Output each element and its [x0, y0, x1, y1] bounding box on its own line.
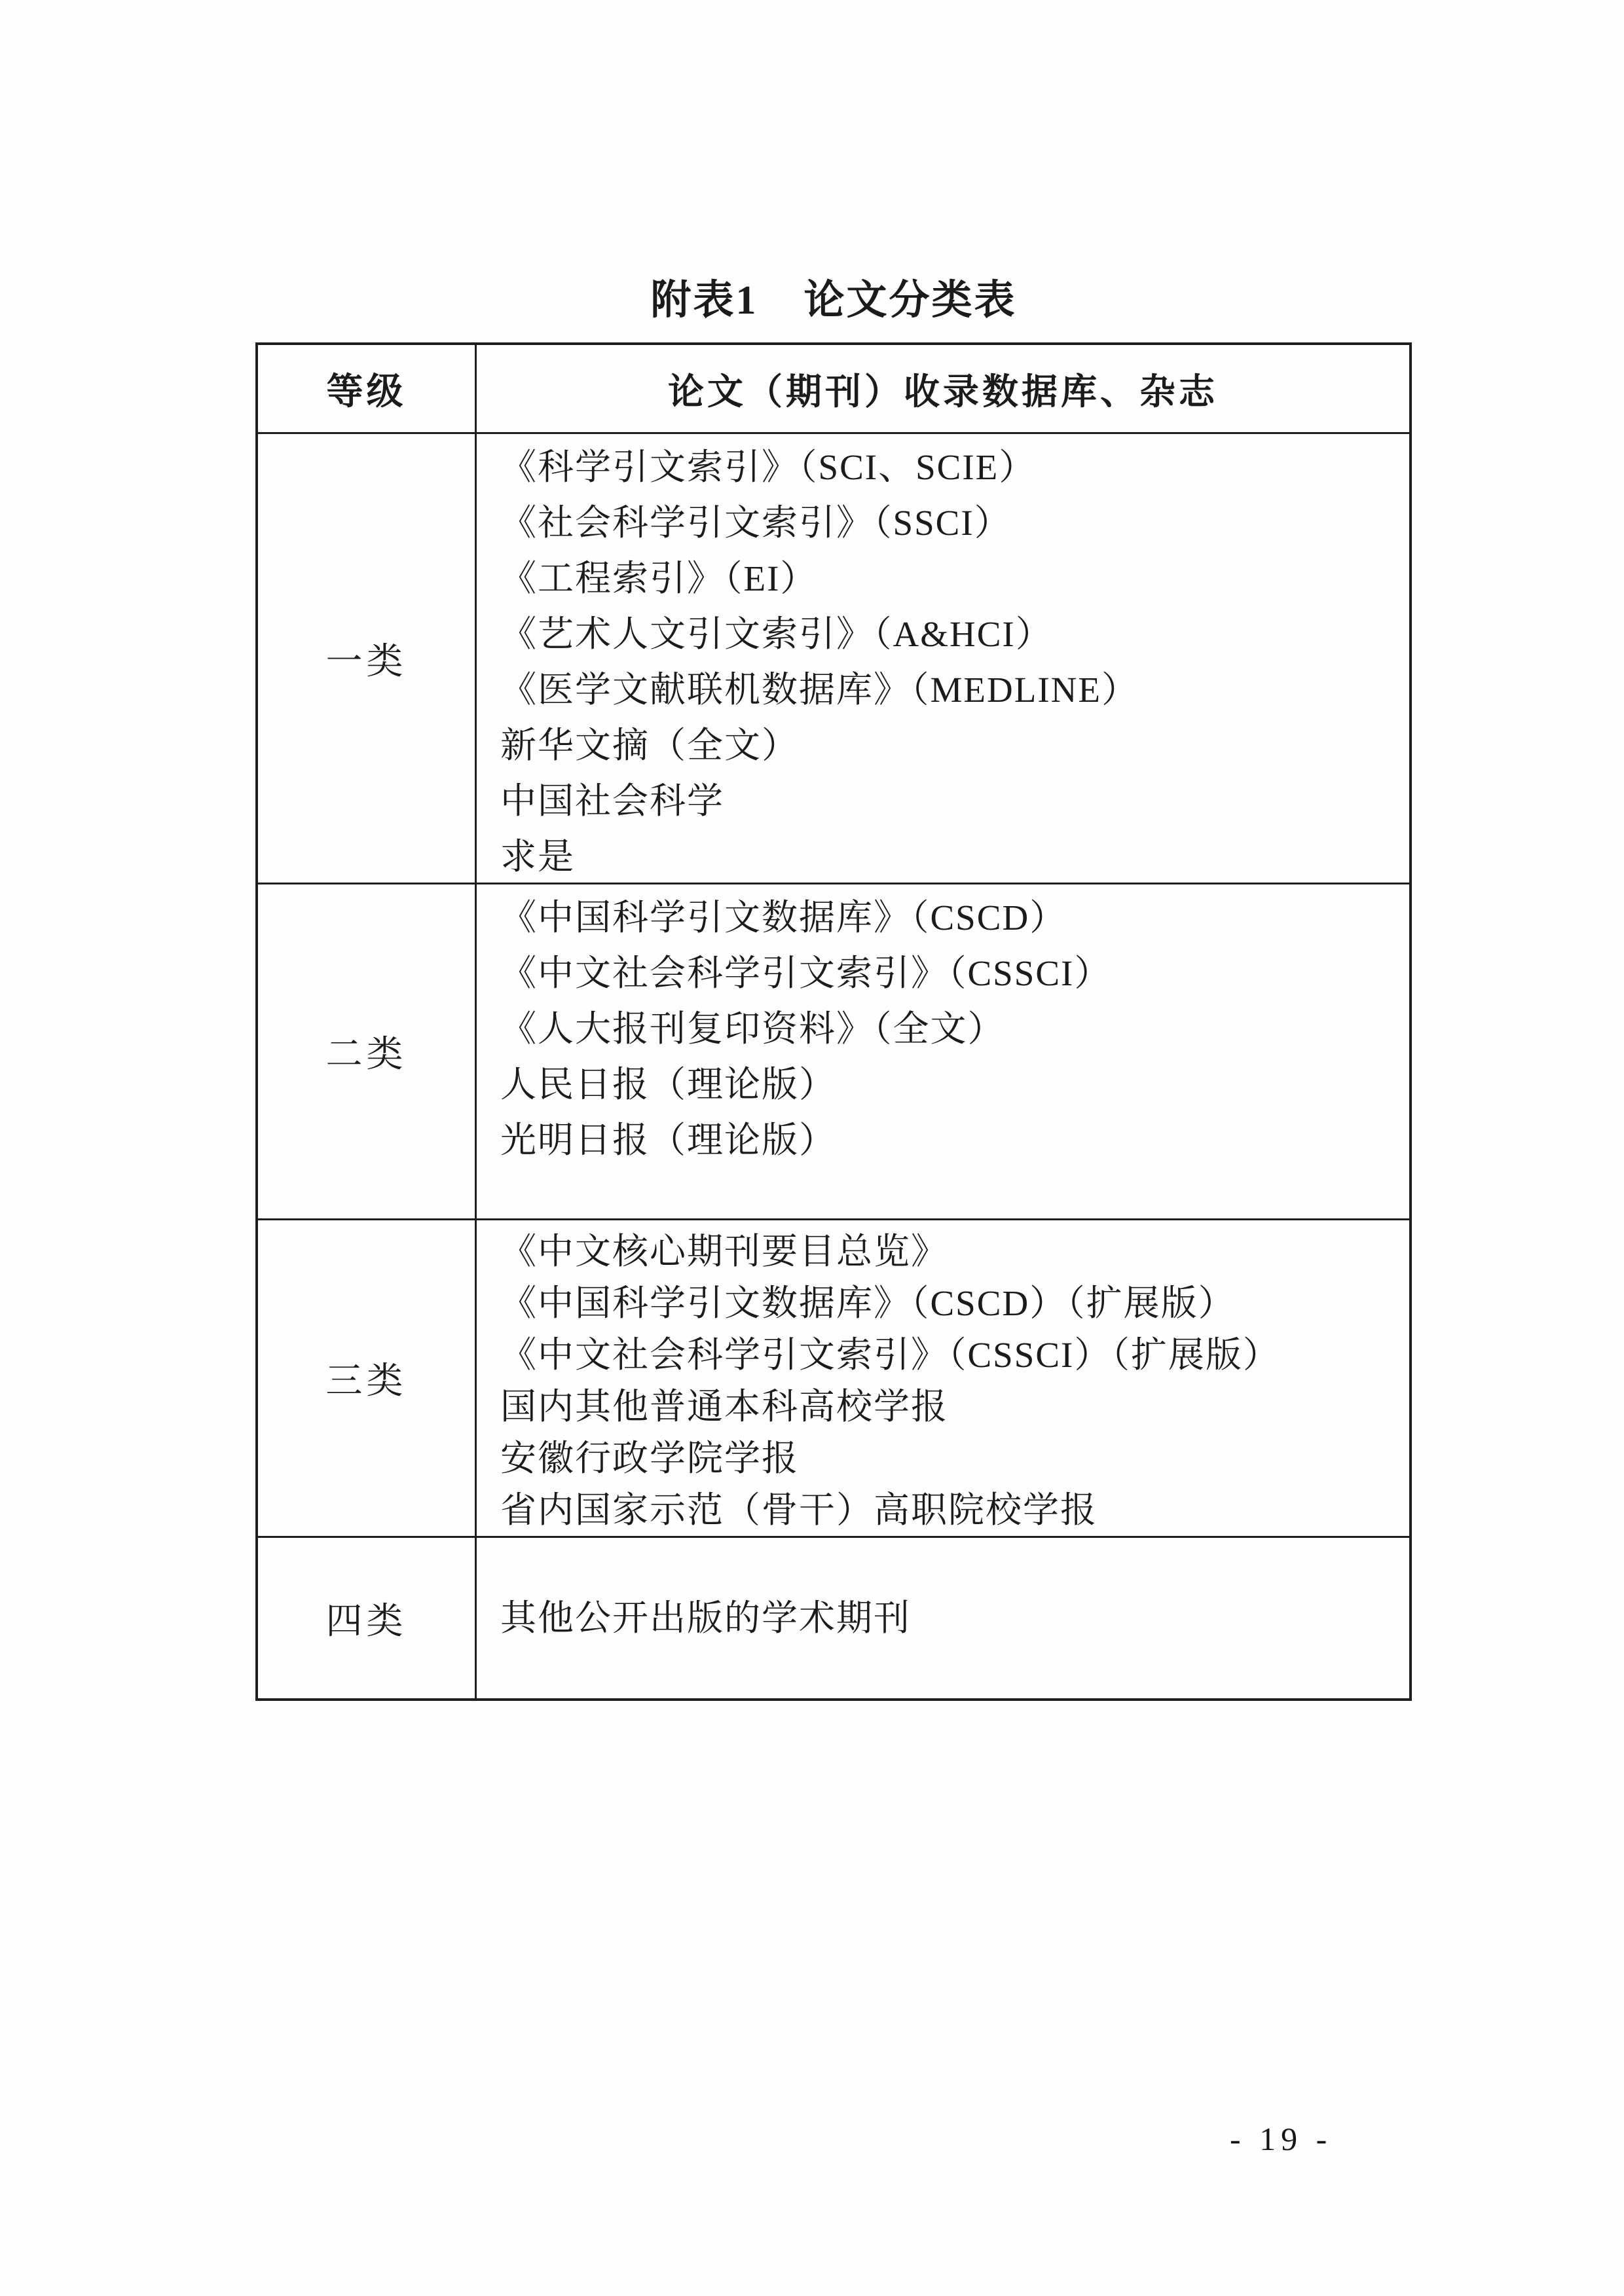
journal-list-item: 省内国家示范（骨干）高职院校学报	[500, 1484, 1403, 1536]
journal-list-item: 《艺术人文引文索引》（A&HCI）	[500, 606, 1403, 662]
header-grade: 等级	[258, 345, 477, 432]
page-number: - 19 -	[1230, 2120, 1332, 2158]
grade-label-class-4: 四类	[258, 1538, 477, 1698]
grade-label-class-3: 三类	[258, 1220, 477, 1536]
journal-list-item: 《社会科学引文索引》（SSCI）	[500, 495, 1403, 551]
page-title: 附表1论文分类表	[255, 267, 1412, 325]
header-databases: 论文（期刊）收录数据库、杂志	[477, 345, 1409, 432]
table-row-class-1: 一类 《科学引文索引》（SCI、SCIE）《社会科学引文索引》（SSCI）《工程…	[258, 432, 1409, 883]
journal-list-item: 其他公开出版的学术期刊	[500, 1590, 911, 1646]
document-page: 附表1论文分类表 等级 论文（期刊）收录数据库、杂志 一类 《科学引文索引》（S…	[0, 0, 1624, 2296]
journal-list-class-2: 《中国科学引文数据库》（CSCD）《中文社会科学引文索引》（CSSCI）《人大报…	[477, 884, 1409, 1218]
journal-list-item: 中国社会科学	[500, 773, 1403, 829]
journal-list-item: 新华文摘（全文）	[500, 718, 1403, 773]
journal-list-item: 《中国科学引文数据库》（CSCD）（扩展版）	[500, 1277, 1403, 1329]
table-row-class-3: 三类 《中文核心期刊要目总览》《中国科学引文数据库》（CSCD）（扩展版）《中文…	[258, 1218, 1409, 1536]
table-caption-number: 附表1	[650, 278, 758, 323]
journal-list-item: 《中国科学引文数据库》（CSCD）	[500, 890, 1403, 945]
grade-label-class-2: 二类	[258, 884, 477, 1218]
journal-list-class-1: 《科学引文索引》（SCI、SCIE）《社会科学引文索引》（SSCI）《工程索引》…	[477, 434, 1409, 883]
journal-list-class-3: 《中文核心期刊要目总览》《中国科学引文数据库》（CSCD）（扩展版）《中文社会科…	[477, 1220, 1409, 1536]
journal-list-item: 《科学引文索引》（SCI、SCIE）	[500, 439, 1403, 495]
table-caption-text: 论文分类表	[804, 278, 1017, 323]
journal-list-item: 《工程索引》（EI）	[500, 551, 1403, 606]
journal-list-item: 《人大报刊复印资料》（全文）	[500, 1001, 1403, 1057]
journal-list-item: 安徽行政学院学报	[500, 1432, 1403, 1484]
paper-classification-table: 等级 论文（期刊）收录数据库、杂志 一类 《科学引文索引》（SCI、SCIE）《…	[255, 342, 1412, 1701]
journal-list-item: 人民日报（理论版）	[500, 1057, 1403, 1112]
table-header-row: 等级 论文（期刊）收录数据库、杂志	[258, 345, 1409, 432]
table-row-class-4: 四类 其他公开出版的学术期刊	[258, 1536, 1409, 1698]
table-row-class-2: 二类 《中国科学引文数据库》（CSCD）《中文社会科学引文索引》（CSSCI）《…	[258, 883, 1409, 1218]
journal-list-item: 《中文社会科学引文索引》（CSSCI）	[500, 945, 1403, 1001]
grade-label-class-1: 一类	[258, 434, 477, 883]
journal-list-item: 国内其他普通本科高校学报	[500, 1381, 1403, 1432]
journal-list-item: 求是	[500, 829, 1403, 883]
journal-list-item: 光明日报（理论版）	[500, 1112, 1403, 1168]
journal-list-class-4: 其他公开出版的学术期刊	[477, 1538, 1409, 1698]
journal-list-item: 《中文核心期刊要目总览》	[500, 1226, 1403, 1277]
journal-list-item: 《医学文献联机数据库》（MEDLINE）	[500, 662, 1403, 718]
journal-list-item: 《中文社会科学引文索引》（CSSCI）（扩展版）	[500, 1329, 1403, 1381]
